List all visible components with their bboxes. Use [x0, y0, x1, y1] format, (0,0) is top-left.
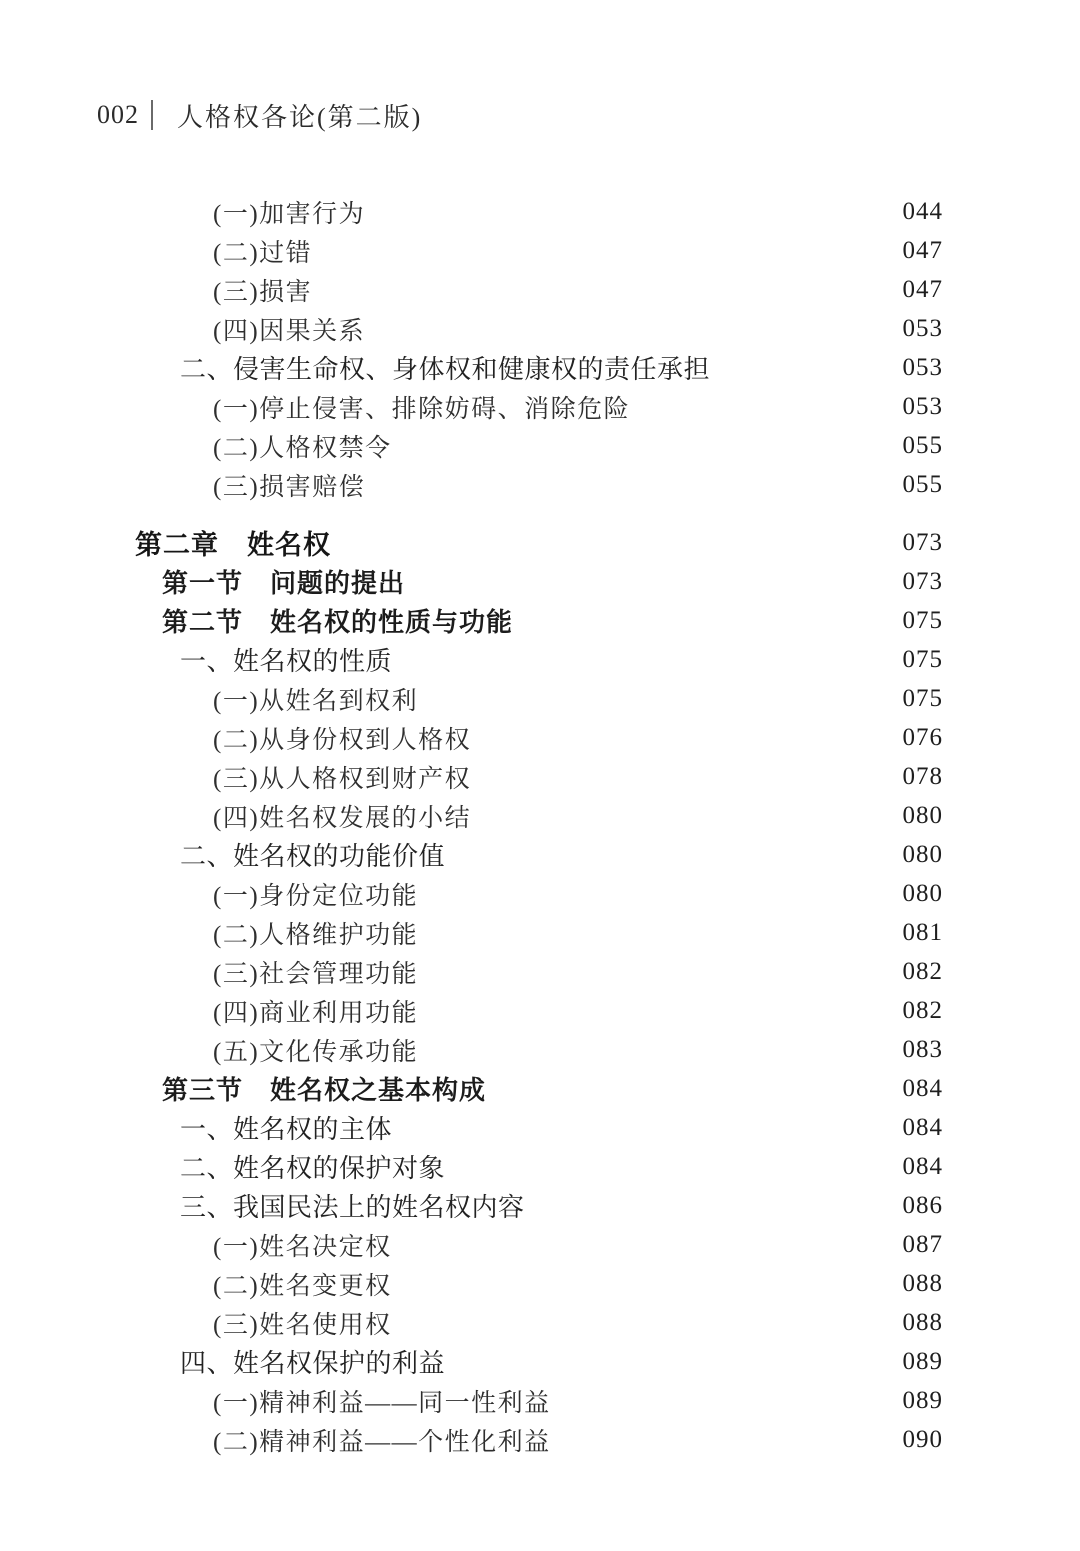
toc-entry-page-number: 088 [903, 1270, 944, 1298]
toc-entry-page-number: 053 [903, 393, 944, 421]
toc-entry-title: 第二章 姓名权 [135, 523, 331, 562]
toc-entry: 二、姓名权的功能价值080 [0, 835, 943, 874]
folio-page-number: 002 [97, 100, 139, 130]
toc-entry: (一)身份定位功能080 [0, 874, 943, 913]
toc-entry-title: (三)损害赔偿 [213, 467, 365, 503]
toc-entry: (二)过错047 [0, 231, 943, 270]
toc-entry-title: (一)身份定位功能 [213, 876, 418, 912]
toc-entry-title: (一)姓名决定权 [213, 1227, 392, 1263]
toc-entry: (一)停止侵害、排除妨碍、消除危险053 [0, 387, 943, 426]
toc-entry-page-number: 073 [903, 568, 944, 596]
toc-entry-title: (二)精神利益——个性化利益 [213, 1422, 551, 1458]
toc-entry-title: (一)精神利益——同一性利益 [213, 1383, 551, 1419]
toc-entry-title: 三、我国民法上的姓名权内容 [180, 1187, 525, 1224]
toc-entry: (三)损害047 [0, 270, 943, 309]
header-divider [151, 100, 153, 130]
book-page: 002 人格权各论(第二版) (一)加害行为044(二)过错047(三)损害04… [0, 0, 1080, 1551]
toc-entry: (三)姓名使用权088 [0, 1303, 943, 1342]
toc-entry-title: (二)从身份权到人格权 [213, 720, 471, 756]
toc-entry: 第二章 姓名权073 [0, 523, 943, 562]
toc-entry-page-number: 082 [903, 997, 944, 1025]
toc-entry-title: (五)文化传承功能 [213, 1032, 418, 1068]
toc-entry: (四)因果关系053 [0, 309, 943, 348]
toc-entry-page-number: 047 [903, 237, 944, 265]
toc-entry: 三、我国民法上的姓名权内容086 [0, 1186, 943, 1225]
toc-entry-title: 二、侵害生命权、身体权和健康权的责任承担 [180, 349, 710, 386]
toc-entry-page-number: 053 [903, 315, 944, 343]
toc-entry-page-number: 044 [903, 198, 944, 226]
running-title: 人格权各论(第二版) [177, 97, 422, 134]
toc-entry-title: (四)因果关系 [213, 311, 365, 347]
toc-entry-page-number: 086 [903, 1192, 944, 1220]
toc-entry: (四)姓名权发展的小结080 [0, 796, 943, 835]
toc-entry-title: 第二节 姓名权的性质与功能 [162, 602, 513, 639]
toc-entry-title: (一)停止侵害、排除妨碍、消除危险 [213, 389, 630, 425]
toc-entry-title: (二)姓名变更权 [213, 1266, 392, 1302]
toc-entry: 一、姓名权的主体084 [0, 1108, 943, 1147]
toc-entry: (三)损害赔偿055 [0, 465, 943, 504]
toc-entry-title: (二)过错 [213, 233, 312, 269]
toc-entry-title: 二、姓名权的保护对象 [180, 1148, 445, 1185]
toc-entry: (四)商业利用功能082 [0, 991, 943, 1030]
toc-entry: (二)姓名变更权088 [0, 1264, 943, 1303]
toc-entry-title: 第一节 问题的提出 [162, 563, 405, 600]
page-header: 002 人格权各论(第二版) [97, 97, 422, 133]
toc-entry-title: 一、姓名权的主体 [180, 1109, 392, 1146]
toc-entry: 一、姓名权的性质075 [0, 640, 943, 679]
table-of-contents: (一)加害行为044(二)过错047(三)损害047(四)因果关系053二、侵害… [0, 192, 943, 1459]
toc-entry-page-number: 080 [903, 841, 944, 869]
toc-entry-page-number: 073 [903, 529, 944, 557]
toc-entry: 第二节 姓名权的性质与功能075 [0, 601, 943, 640]
toc-entry: 第三节 姓名权之基本构成084 [0, 1069, 943, 1108]
toc-entry-page-number: 084 [903, 1075, 944, 1103]
toc-entry-page-number: 075 [903, 685, 944, 713]
toc-entry: (一)精神利益——同一性利益089 [0, 1381, 943, 1420]
toc-entry-page-number: 081 [903, 919, 944, 947]
toc-entry-title: 二、姓名权的功能价值 [180, 836, 445, 873]
toc-entry: (三)从人格权到财产权078 [0, 757, 943, 796]
toc-entry: 第一节 问题的提出073 [0, 562, 943, 601]
toc-entry-title: (三)损害 [213, 272, 312, 308]
toc-entry-page-number: 055 [903, 432, 944, 460]
toc-entry-title: 第三节 姓名权之基本构成 [162, 1070, 486, 1107]
toc-entry-page-number: 087 [903, 1231, 944, 1259]
toc-entry: (一)从姓名到权利075 [0, 679, 943, 718]
toc-entry-title: (三)从人格权到财产权 [213, 759, 471, 795]
toc-entry: (三)社会管理功能082 [0, 952, 943, 991]
toc-entry-page-number: 088 [903, 1309, 944, 1337]
toc-entry-title: 一、姓名权的性质 [180, 641, 392, 678]
toc-entry-title: (二)人格维护功能 [213, 915, 418, 951]
toc-entry: (一)加害行为044 [0, 192, 943, 231]
toc-entry-page-number: 078 [903, 763, 944, 791]
toc-entry-page-number: 053 [903, 354, 944, 382]
toc-entry-page-number: 075 [903, 607, 944, 635]
toc-entry-page-number: 089 [903, 1348, 944, 1376]
toc-entry: (一)姓名决定权087 [0, 1225, 943, 1264]
toc-entry-page-number: 084 [903, 1153, 944, 1181]
toc-entry-page-number: 047 [903, 276, 944, 304]
toc-entry-title: (三)姓名使用权 [213, 1305, 392, 1341]
toc-entry-title: 四、姓名权保护的利益 [180, 1343, 445, 1380]
toc-entry-page-number: 083 [903, 1036, 944, 1064]
toc-entry-title: (四)姓名权发展的小结 [213, 798, 471, 834]
toc-entry-title: (二)人格权禁令 [213, 428, 392, 464]
toc-entry-page-number: 055 [903, 471, 944, 499]
toc-entry-page-number: 084 [903, 1114, 944, 1142]
toc-entry: (二)精神利益——个性化利益090 [0, 1420, 943, 1459]
toc-entry-title: (四)商业利用功能 [213, 993, 418, 1029]
toc-entry: (二)人格维护功能081 [0, 913, 943, 952]
toc-entry: 二、侵害生命权、身体权和健康权的责任承担053 [0, 348, 943, 387]
toc-entry-title: (一)从姓名到权利 [213, 681, 418, 717]
toc-entry: 四、姓名权保护的利益089 [0, 1342, 943, 1381]
toc-entry: (二)人格权禁令055 [0, 426, 943, 465]
toc-entry: (五)文化传承功能083 [0, 1030, 943, 1069]
toc-entry-title: (三)社会管理功能 [213, 954, 418, 990]
toc-entry: 二、姓名权的保护对象084 [0, 1147, 943, 1186]
toc-entry: (二)从身份权到人格权076 [0, 718, 943, 757]
toc-entry-page-number: 089 [903, 1387, 944, 1415]
toc-entry-page-number: 075 [903, 646, 944, 674]
toc-entry-page-number: 082 [903, 958, 944, 986]
toc-entry-page-number: 080 [903, 802, 944, 830]
toc-entry-page-number: 090 [903, 1426, 944, 1454]
toc-entry-title: (一)加害行为 [213, 194, 365, 230]
toc-entry-page-number: 080 [903, 880, 944, 908]
toc-entry-page-number: 076 [903, 724, 944, 752]
